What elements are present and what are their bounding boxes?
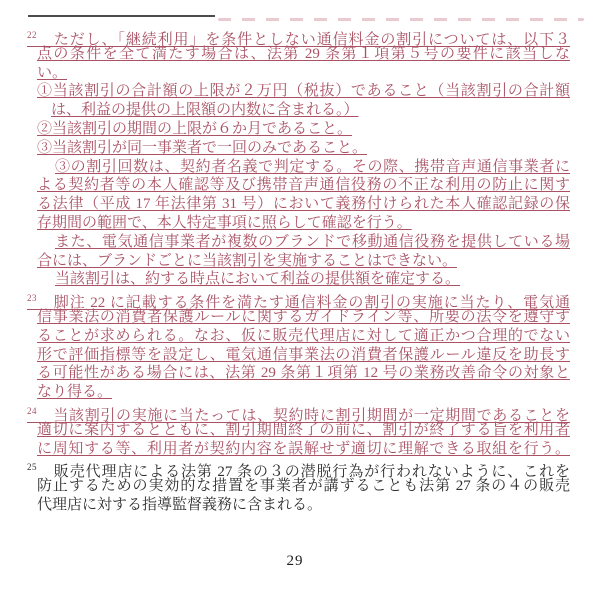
footnotes-block: 22ただし、「継続利用」を条件としない通信料金の割引については、以下３ 点の条件… [37,26,570,515]
footnote-line: ③の割引回数は、契約者名義で判定する。その際、携帯音声通信事業者に [55,158,570,177]
footnote-line: る法律（平成 17 年法律第 31 号）において義務付けられた本人確認記録の保 [37,195,570,214]
footnote-line: また、電気通信事業者が複数のブランドで移動通信役務を提供している場 [55,233,570,252]
footnote-number: 24 [27,406,37,416]
footnote-24: 24当該割引の実施に当たっては、契約時に割引期間が一定期間であることを 適切に案… [37,402,570,458]
footnote-line: ③当該割引が同一事業者で一回のみであること。 [37,139,570,158]
page-number: 29 [0,553,590,570]
footnote-line: 22ただし、「継続利用」を条件としない通信料金の割引については、以下３ [27,26,570,45]
footnote-22: 22ただし、「継続利用」を条件としない通信料金の割引については、以下３ 点の条件… [37,26,570,289]
footnote-line: ることが求められる。なお、仮に販売代理店に対して適正かつ合理的でない [37,327,570,346]
footnote-line: 適切に案内するとともに、割引期間終了の前に、割引が終了する旨を利用者 [37,421,570,440]
footnote-line: 存期間の範囲で、本人特定事項に照らして確認を行う。 [37,214,570,233]
footnote-number: 25 [27,462,37,472]
footnote-number: 23 [27,293,37,303]
footnote-25: 25販売代理店による法第 27 条の３の潜脱行為が行われないように、これを 防止… [37,458,570,514]
footnote-line: 防止するための実効的な措置を事業者が講ずることも法第 27 条の４の販売 [37,477,570,496]
footnote-line: 形で評価指標等を設定し、電気通信事業法の消費者保護ルール違反を助長す [37,346,570,365]
footnote-line: る可能性がある場合には、法第 29 条第１項第 12 号の業務改善命令の対象と [37,364,570,383]
footnote-line: は、利益の提供の上限額の内数に含まれる。） [51,101,570,120]
footnote-line: ②当該割引の期間の上限が６か月であること。 [37,120,570,139]
footnote-line: 代理店に対する指導監督義務に含まれる。 [37,496,570,515]
footnote-line: 25販売代理店による法第 27 条の３の潜脱行為が行われないように、これを [27,458,570,477]
footnote-line: 点の条件を全て満たす場合は、法第 29 条第１項第５号の要件に該当しな [37,45,570,64]
footnote-line: 信事業法の消費者保護ルールに関するガイドライン等、所要の法令を遵守す [37,308,570,327]
document-page: 22ただし、「継続利用」を条件としない通信料金の割引については、以下３ 点の条件… [0,0,590,601]
footnote-line: 当該割引は、約する時点において利益の提供額を確定する。 [55,270,570,289]
footnote-line: ①当該割引の合計額の上限が２万円（税抜）であること（当該割引の合計額 [37,82,570,101]
footnote-number: 22 [27,30,37,40]
footnote-23: 23脚注 22 に記載する条件を満たす通信料金の割引の実施に当たり、電気通 信事… [37,289,570,402]
footnote-line: に周知する等、利用者が契約内容を誤解せず適切に理解できる取組を行う。 [37,440,570,459]
footnote-separator-line [28,15,215,17]
footnote-line: よる契約者等の本人確認等及び携帯音声通信役務の不正な利用の防止に関す [37,176,570,195]
footnote-line: 24当該割引の実施に当たっては、契約時に割引期間が一定期間であることを [27,402,570,421]
footnote-line: い。 [37,64,570,83]
cropped-text-remnant [218,18,584,21]
footnote-line: 23脚注 22 に記載する条件を満たす通信料金の割引の実施に当たり、電気通 [27,289,570,308]
footnote-line: なり得る。 [37,383,570,402]
footnote-line: 合には、ブランドごとに当該割引を実施することはできない。 [37,252,570,271]
